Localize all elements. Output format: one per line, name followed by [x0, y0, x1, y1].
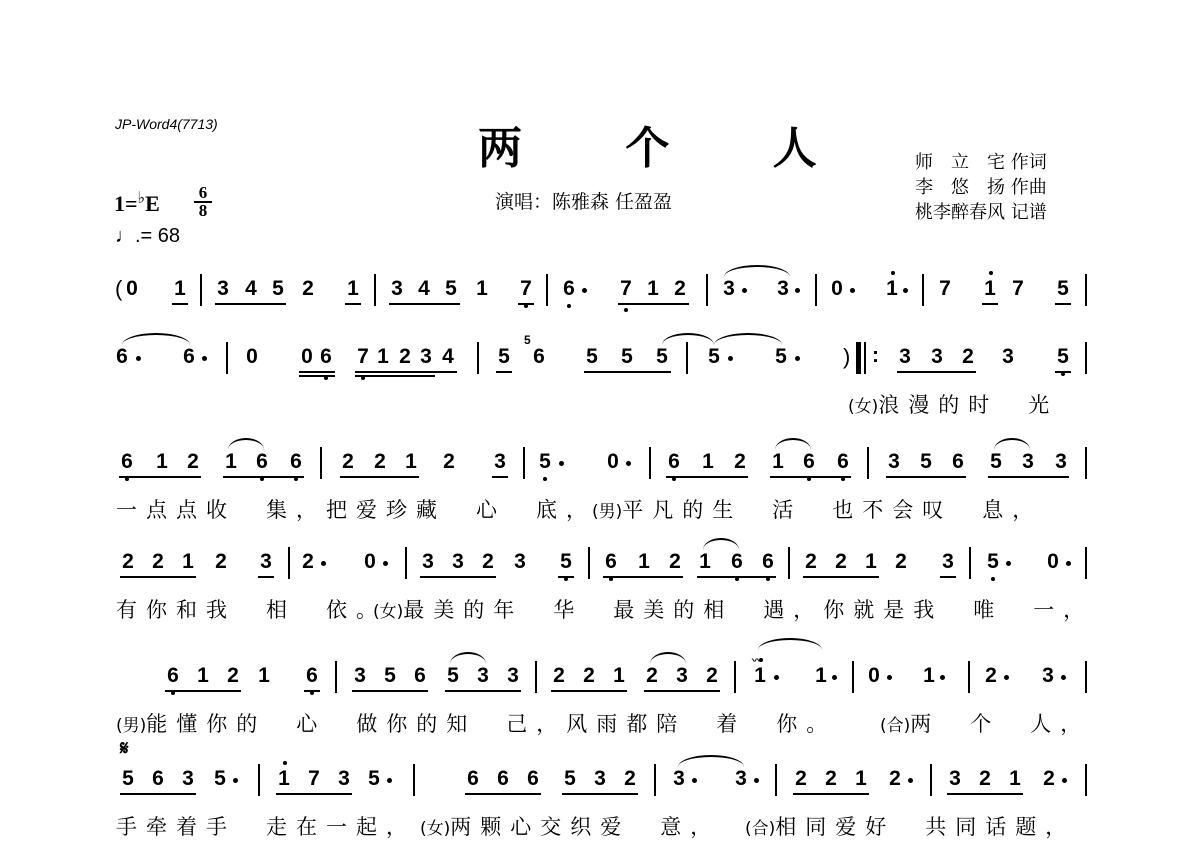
underline: [345, 303, 361, 305]
underline: [465, 793, 541, 795]
augmentation-dot: [233, 778, 238, 783]
note: 3: [336, 767, 352, 791]
note: 0: [299, 345, 315, 369]
augmentation-dot: [626, 461, 631, 466]
note: 2: [823, 767, 839, 791]
note: 1: [921, 664, 937, 688]
note-low-octave: 6: [288, 450, 304, 474]
note-low-octave: 6: [729, 550, 745, 574]
note-low-octave: 5: [985, 550, 1001, 574]
note: 2: [644, 664, 660, 688]
note-low-octave: 5: [1055, 345, 1071, 369]
note: 3: [475, 664, 491, 688]
lyricist-credit: 师 立 宅 作词: [915, 150, 1047, 175]
lyric-line: 有你和我 相 依。: [116, 594, 386, 624]
transcriber-credit: 桃李醉春风 记谱: [915, 200, 1047, 225]
barline: [477, 342, 479, 374]
barline: [930, 764, 932, 796]
note: 6: [950, 450, 966, 474]
open-paren: (: [115, 276, 122, 302]
note: 5: [366, 767, 382, 791]
lyric-text: 浪漫的时 光: [878, 393, 1058, 417]
note: 1: [345, 277, 361, 301]
note: 0: [829, 277, 845, 301]
barline: [588, 547, 590, 579]
note: 4: [416, 277, 432, 301]
underline: [770, 476, 851, 478]
note-high-octave: 1: [982, 277, 998, 301]
note-low-octave: 6: [254, 450, 270, 474]
underline: [389, 303, 460, 305]
note: 3: [886, 450, 902, 474]
note: 1: [1007, 767, 1023, 791]
note-low-octave: 6: [119, 450, 135, 474]
note: 5: [212, 767, 228, 791]
note: 5: [654, 345, 670, 369]
barline: [288, 547, 290, 579]
note: 2: [977, 767, 993, 791]
note-low-octave: 6: [603, 550, 619, 574]
note-low-octave: 6: [760, 550, 776, 574]
underline: [562, 793, 638, 795]
note: 2: [983, 664, 999, 688]
role-label: (女): [420, 819, 450, 839]
underline: [352, 690, 428, 692]
note-high-octave: 1: [276, 767, 292, 791]
note: 1: [195, 664, 211, 688]
note: 2: [225, 664, 241, 688]
note: 2: [372, 450, 388, 474]
note: 2: [441, 450, 457, 474]
note: 2: [581, 664, 597, 688]
note: 3: [258, 550, 274, 574]
underline: [165, 690, 241, 692]
role-label: (男): [592, 502, 622, 522]
note-high-octave: 1: [752, 664, 768, 688]
tie: [678, 755, 744, 767]
underline: [551, 690, 627, 692]
note: 2: [185, 450, 201, 474]
note: 4: [440, 345, 456, 369]
note: 3: [721, 277, 737, 301]
note: 3: [1000, 345, 1016, 369]
lyric-text: 能懂你的 心 做你的知 己，风雨都陪 着 你。: [146, 712, 836, 736]
note: 5: [988, 450, 1004, 474]
flat-icon: ♭: [138, 190, 146, 207]
note-low-octave: 6: [666, 450, 682, 474]
note: 3: [940, 550, 956, 574]
augmentation-dot: [832, 675, 837, 680]
key-note: E: [145, 191, 160, 216]
underline: [120, 793, 196, 795]
underline: [276, 793, 352, 795]
repeat-start-thin: [864, 342, 866, 374]
barline: [523, 447, 525, 479]
double-underline: [355, 375, 435, 377]
singers: 演唱：陈雅森 任盈盈: [495, 187, 672, 214]
note: 2: [667, 550, 683, 574]
underline: [445, 690, 521, 692]
note: 5: [496, 345, 512, 369]
augmentation-dot: [754, 778, 759, 783]
lyric-line: (男)平凡的生 活 也不会叹 息，: [592, 494, 1042, 524]
underline: [793, 793, 869, 795]
note: 2: [893, 550, 909, 574]
barline: [968, 661, 970, 693]
close-paren: ): [843, 344, 850, 370]
role-label: (女): [848, 397, 878, 417]
note: 6: [114, 345, 130, 369]
augmentation-dot: [887, 675, 892, 680]
augmentation-dot: [1061, 675, 1066, 680]
barline: [852, 661, 854, 693]
note-low-octave: 5: [537, 450, 553, 474]
barline: [335, 661, 337, 693]
note: 3: [929, 345, 945, 369]
underline: [697, 576, 776, 578]
barline: [1085, 764, 1087, 796]
barline: [258, 764, 260, 796]
lyric-line: (合)相同爱好 共同话题，: [745, 811, 1075, 841]
augmentation-dot: [908, 778, 913, 783]
lyric-line: (男)能懂你的 心 做你的知 己，风雨都陪 着 你。: [116, 708, 836, 738]
tie: [724, 265, 790, 277]
barline: [922, 274, 924, 306]
underline: [644, 690, 720, 692]
note: 5: [619, 345, 635, 369]
note-low-octave: 6: [801, 450, 817, 474]
note: 0: [605, 450, 621, 474]
note: 3: [1053, 450, 1069, 474]
note: 6: [531, 345, 547, 369]
underline: [982, 303, 998, 305]
repeat-start-thick: [856, 342, 861, 374]
underline: [120, 576, 196, 578]
note: 2: [300, 550, 316, 574]
barline: [1085, 342, 1087, 374]
note: 0: [124, 277, 140, 301]
underline: [988, 476, 1069, 478]
underline: [897, 371, 976, 373]
tie: [228, 438, 264, 450]
double-underline: [299, 375, 335, 377]
song-title: 两 个 人: [478, 112, 861, 176]
note: 2: [480, 550, 496, 574]
note: 1: [645, 277, 661, 301]
composer-credit: 李 悠 扬 作曲: [915, 175, 1047, 200]
underline: [340, 476, 419, 478]
augmentation-dot: [1062, 778, 1067, 783]
lyric-line: (女)最美的年 华 最美的相 遇，你就是我 唯 一，: [373, 594, 1093, 624]
note: 3: [947, 767, 963, 791]
note: 0: [244, 345, 260, 369]
augmentation-dot: [387, 778, 392, 783]
note: 3: [671, 767, 687, 791]
note: 2: [120, 550, 136, 574]
lyric-text: 相同爱好 共同话题，: [775, 815, 1075, 839]
underline: [666, 476, 748, 478]
barline: [654, 764, 656, 796]
time-sig-denominator: 8: [194, 203, 212, 219]
role-label: (合): [880, 716, 910, 736]
note: 2: [704, 664, 720, 688]
note-low-octave: 6: [165, 664, 181, 688]
note: 1: [172, 277, 188, 301]
note-low-octave: 7: [518, 277, 534, 301]
time-signature: 6 8: [194, 185, 212, 219]
tie: [775, 438, 811, 450]
underline: [299, 371, 335, 373]
note: 7: [1010, 277, 1026, 301]
note-low-octave: 7: [618, 277, 634, 301]
tie: [450, 652, 486, 664]
note: 2: [793, 767, 809, 791]
note: 1: [403, 450, 419, 474]
underline: [496, 371, 512, 373]
underline: [119, 476, 201, 478]
note: 3: [389, 277, 405, 301]
underline: [304, 690, 320, 692]
note: 3: [505, 664, 521, 688]
role-label: (女): [373, 602, 403, 622]
tie: [703, 538, 739, 550]
note: 5: [706, 345, 722, 369]
underline: [947, 793, 1023, 795]
barline: [686, 342, 688, 374]
barline: [969, 547, 971, 579]
barline: [734, 661, 736, 693]
augmentation-dot: [202, 356, 207, 361]
software-tag: JP-Word4(7713): [115, 116, 218, 132]
underline: [355, 371, 457, 373]
underline: [215, 303, 286, 305]
score-line-6: 5 6 3 5 1 7 3 5 6 6 6 5 3 2 3 3 2 2 1 2 …: [0, 767, 1200, 847]
underline: [940, 576, 956, 578]
note: 1: [256, 664, 272, 688]
barline: [320, 447, 322, 479]
note: 1: [770, 450, 786, 474]
augmentation-dot: [795, 356, 800, 361]
note: 2: [803, 550, 819, 574]
note: 6: [465, 767, 481, 791]
note: 3: [1040, 664, 1056, 688]
score-line-3: 6 1 2 1 6 6 2 2 1 2 3 5 0 6 1 2 1 6 6 3 …: [0, 450, 1200, 530]
barline: [535, 661, 537, 693]
score-line-2: 6 6 0 0 6 7 1 2 3 4 5 5 6 5 5 5 5 5 ) : …: [0, 345, 1200, 425]
lyric-text: 平凡的生 活 也不会叹 息，: [622, 498, 1042, 522]
note: 2: [397, 345, 413, 369]
key-prefix: 1=: [114, 191, 138, 216]
note: 0: [866, 664, 882, 688]
note: 3: [450, 550, 466, 574]
note: 5: [270, 277, 286, 301]
underline: [1055, 303, 1071, 305]
barline: [815, 274, 817, 306]
underline: [258, 576, 274, 578]
note: 5: [773, 345, 789, 369]
note: 2: [732, 450, 748, 474]
note: 5: [584, 345, 600, 369]
lyric-text: 最美的年 华 最美的相 遇，你就是我 唯 一，: [403, 598, 1093, 622]
barline: [775, 764, 777, 796]
augmentation-dot: [850, 288, 855, 293]
note: 2: [1041, 767, 1057, 791]
note-low-octave: 6: [561, 277, 577, 301]
lyric-text: 两 个 人，: [910, 712, 1090, 736]
note: 1: [636, 550, 652, 574]
underline: [584, 371, 671, 373]
note: 1: [180, 550, 196, 574]
note: 3: [897, 345, 913, 369]
note: 2: [960, 345, 976, 369]
note: 3: [418, 345, 434, 369]
augmentation-dot: [559, 461, 564, 466]
note-low-octave: 5: [558, 550, 574, 574]
augmentation-dot: [728, 356, 733, 361]
note: 4: [243, 277, 259, 301]
note: 3: [492, 450, 508, 474]
note: 2: [833, 550, 849, 574]
note: 2: [150, 550, 166, 574]
note: 7: [937, 277, 953, 301]
lyric-line: (女)浪漫的时 光: [848, 389, 1058, 419]
note: 5: [445, 664, 461, 688]
note: 1: [813, 664, 829, 688]
note: 3: [420, 550, 436, 574]
note: 6: [181, 345, 197, 369]
underline: [803, 576, 879, 578]
tie: [994, 438, 1030, 450]
note: 3: [215, 277, 231, 301]
barline: [546, 274, 548, 306]
note-high-octave: 1: [884, 277, 900, 301]
underline: [603, 576, 683, 578]
note: 6: [495, 767, 511, 791]
note: 5: [1055, 277, 1071, 301]
underline: [1055, 371, 1071, 373]
barline: [1085, 447, 1087, 479]
underline: [886, 476, 966, 478]
note: 3: [512, 550, 528, 574]
barline: [1085, 547, 1087, 579]
note: 1: [853, 767, 869, 791]
note: 1: [375, 345, 391, 369]
augmentation-dot: [692, 778, 697, 783]
note: 2: [622, 767, 638, 791]
note: 2: [300, 277, 316, 301]
barline: [374, 274, 376, 306]
note: 3: [352, 664, 368, 688]
barline: [413, 764, 415, 796]
note: 2: [340, 450, 356, 474]
barline: [649, 447, 651, 479]
augmentation-dot: [1004, 675, 1009, 680]
note: 3: [775, 277, 791, 301]
note: 5: [562, 767, 578, 791]
underline: [420, 576, 496, 578]
note: 6: [150, 767, 166, 791]
lyric-line: (合)两 个 人，: [880, 708, 1090, 738]
note: 6: [525, 767, 541, 791]
note: 5: [918, 450, 934, 474]
note: 1: [697, 550, 713, 574]
note-low-octave: 7: [355, 345, 371, 369]
augmentation-dot: [582, 288, 587, 293]
credits: 师 立 宅 作词 李 悠 扬 作曲 桃李醉春风 记谱: [915, 150, 1047, 225]
barline: [788, 547, 790, 579]
note: 5: [443, 277, 459, 301]
lyric-text: 两颗心交织爱 意，: [450, 815, 720, 839]
augmentation-dot: [1066, 561, 1071, 566]
tempo-marking: ♩.= 68: [115, 225, 180, 248]
underline: [518, 303, 534, 305]
note: 2: [213, 550, 229, 574]
note: 5: [120, 767, 136, 791]
barline: [867, 447, 869, 479]
repeat-colon: :: [872, 344, 879, 368]
note: 1: [863, 550, 879, 574]
note: 7: [306, 767, 322, 791]
note: 1: [223, 450, 239, 474]
note: 2: [887, 767, 903, 791]
barline: [226, 342, 228, 374]
note: 5: [382, 664, 398, 688]
underline: [492, 476, 508, 478]
barline: [706, 274, 708, 306]
note: 1: [611, 664, 627, 688]
augmentation-dot: [383, 561, 388, 566]
augmentation-dot: [1006, 561, 1011, 566]
augmentation-dot: [774, 675, 779, 680]
augmentation-dot: [742, 288, 747, 293]
augmentation-dot: [321, 561, 326, 566]
lyric-line: 手牵着手 走在一起，: [116, 811, 416, 841]
note: 3: [1020, 450, 1036, 474]
note: 1: [700, 450, 716, 474]
note: 2: [551, 664, 567, 688]
note: 3: [733, 767, 749, 791]
role-label: (合): [745, 819, 775, 839]
augmentation-dot: [940, 675, 945, 680]
segno-icon: 𝄋: [120, 738, 129, 761]
lyric-line: (女)两颗心交织爱 意，: [420, 811, 720, 841]
note: 6: [412, 664, 428, 688]
augmentation-dot: [136, 356, 141, 361]
key-signature: 1=♭E 6 8: [114, 188, 160, 217]
note: 0: [1045, 550, 1061, 574]
note: 3: [592, 767, 608, 791]
note-low-octave: 6: [318, 345, 334, 369]
barline: [200, 274, 202, 306]
barline: [1085, 661, 1087, 693]
note: 3: [180, 767, 196, 791]
augmentation-dot: [795, 288, 800, 293]
tie: [758, 638, 822, 650]
note-low-octave: 6: [304, 664, 320, 688]
augmentation-dot: [903, 288, 908, 293]
note: 2: [672, 277, 688, 301]
grace-note: 5: [524, 333, 531, 347]
lyric-line: 一点点收 集，把爱珍藏 心 底，: [116, 494, 596, 524]
underline: [223, 476, 304, 478]
note: 1: [474, 277, 490, 301]
note: 1: [154, 450, 170, 474]
role-label: (男): [116, 716, 146, 736]
underline: [172, 303, 188, 305]
underline: [618, 303, 689, 305]
score-line-5: 6 1 2 1 6 3 5 6 5 3 3 2 2 1 2 3 2 〰 1 1 …: [0, 664, 1200, 744]
note: 0: [362, 550, 378, 574]
